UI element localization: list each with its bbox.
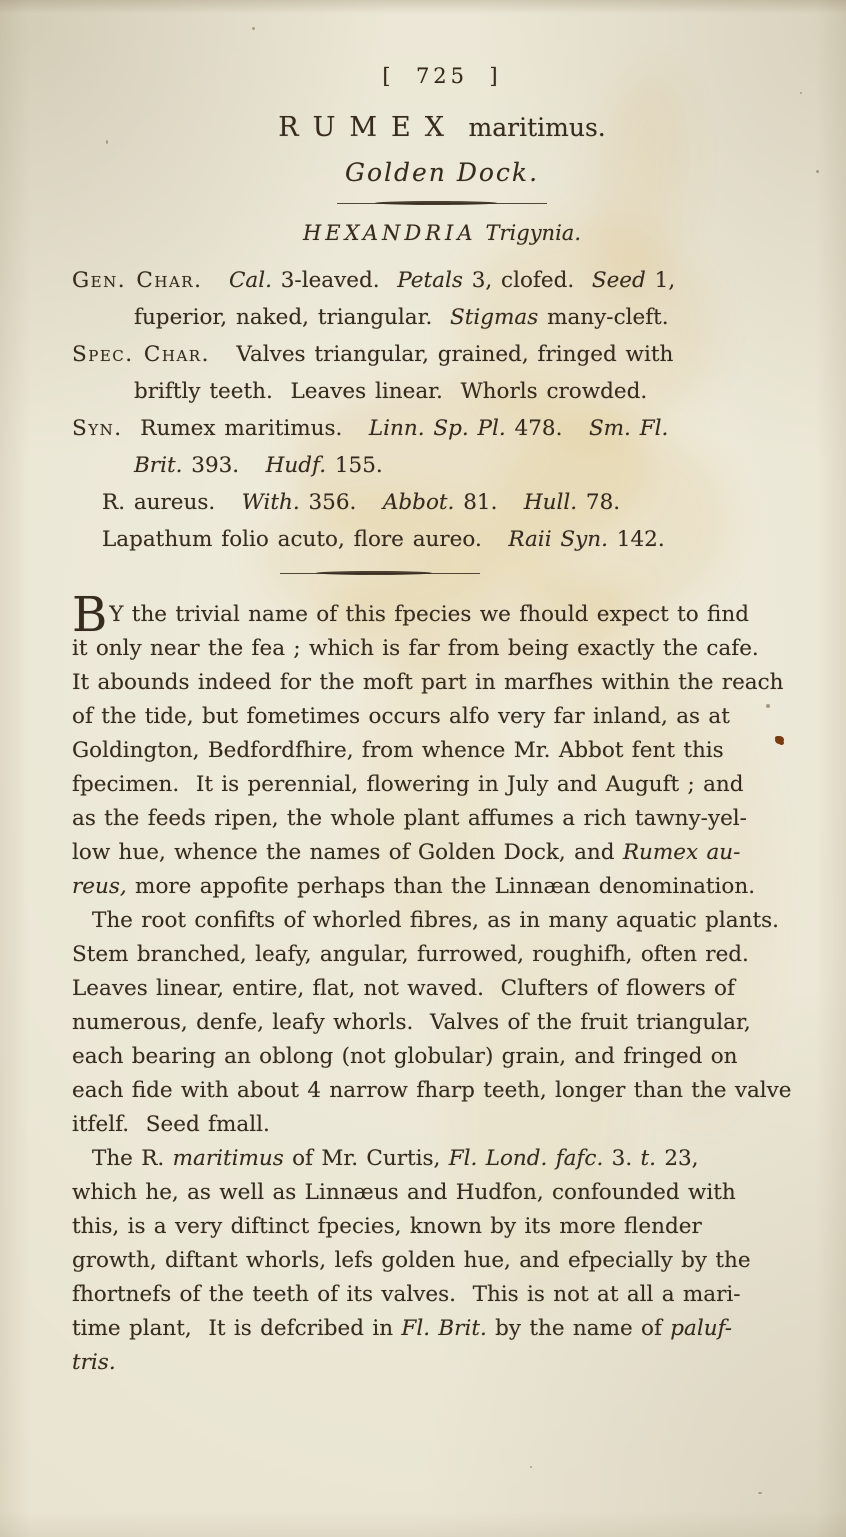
text-line: Goldington, Bedfordfhire, from whence Mr…	[72, 734, 812, 768]
text-run: Hudf.	[266, 453, 326, 478]
common-name: Golden Dock.	[72, 158, 812, 187]
text-line: fhortnefs of the teeth of its valves. Th…	[72, 1278, 812, 1312]
text-run: Stem branched, leafy, angular, furrowed,…	[72, 942, 749, 967]
text-run: reus,	[72, 874, 127, 899]
text-run: each bearing an oblong (not globular) gr…	[72, 1044, 738, 1069]
characters-block: Gen. Char. Cal. 3-leaved. Petals 3, clof…	[72, 262, 812, 558]
text-run: Fl. Brit.	[401, 1316, 486, 1341]
text-run: Syn.	[72, 416, 123, 441]
text-run: Spec. Char.	[72, 342, 210, 367]
text-line: fuperior, naked, triangular. Stigmas man…	[72, 299, 812, 336]
text-run: fpecimen. It is perennial, flowering in …	[72, 772, 744, 797]
text-run: it only near the fea ; which is far from…	[72, 636, 759, 661]
page-content: [ 725 ] RUMEX maritimus. Golden Dock. HE…	[72, 64, 812, 1380]
text-run: 3, clofed.	[463, 268, 592, 293]
text-line: briftly teeth. Leaves linear. Whorls cro…	[72, 373, 812, 410]
text-run: paluf-	[670, 1316, 732, 1341]
text-run: growth, diftant whorls, lefs golden hue,…	[72, 1248, 751, 1273]
text-line: reus, more appofite perhaps than the Lin…	[72, 870, 812, 904]
text-line: Spec. Char. Valves triangular, grained, …	[72, 336, 812, 373]
text-run: The R.	[92, 1146, 173, 1171]
text-run: 478.	[506, 416, 589, 441]
text-run: Linn. Sp. Pl.	[369, 416, 506, 441]
text-line: itfelf. Seed fmall.	[72, 1108, 812, 1142]
text-line: Leaves linear, entire, flat, not waved. …	[72, 972, 812, 1006]
text-run: Hull.	[524, 490, 577, 515]
text-run: Brit.	[134, 453, 182, 478]
text-run: Gen. Char.	[72, 268, 202, 293]
linnaean-class: HEXANDRIA	[303, 221, 477, 245]
text-run: Lapathum folio acuto, flore aureo.	[102, 527, 508, 552]
text-line: Brit. 393. Hudf. 155.	[72, 447, 812, 484]
text-run: fuperior, naked, triangular.	[134, 305, 450, 330]
text-run: 3.	[603, 1146, 640, 1171]
linnaean-order: Trigynia.	[485, 221, 581, 245]
text-run: Rumex au-	[623, 840, 741, 865]
text-line: which he, as well as Linnæus and Hudfon,…	[72, 1176, 812, 1210]
book-page: [ 725 ] RUMEX maritimus. Golden Dock. HE…	[0, 0, 846, 1537]
text-run: of Mr. Curtis,	[284, 1146, 449, 1171]
text-line: Gen. Char. Cal. 3-leaved. Petals 3, clof…	[72, 262, 812, 299]
text-line: each bearing an oblong (not globular) gr…	[72, 1040, 812, 1074]
text-run: 142.	[608, 527, 665, 552]
text-run: fhortnefs of the teeth of its valves. Th…	[72, 1282, 741, 1307]
text-run: low hue, whence the names of Golden Dock…	[72, 840, 623, 865]
paragraph: The root confifts of whorled fibres, as …	[72, 904, 812, 1142]
divider	[280, 570, 480, 576]
text-run: 155.	[326, 453, 383, 478]
text-run: briftly teeth. Leaves linear. Whorls cro…	[134, 379, 647, 404]
text-run: With.	[242, 490, 300, 515]
text-run: itfelf. Seed fmall.	[72, 1112, 270, 1137]
divider	[337, 200, 547, 206]
text-run: of the tide, but fometimes occurs alfo v…	[72, 704, 730, 729]
text-run: Cal.	[229, 268, 272, 293]
text-run: this, is a very diftinct fpecies, known …	[72, 1214, 702, 1239]
text-run: Leaves linear, entire, flat, not waved. …	[72, 976, 735, 1001]
text-run: 3-leaved.	[272, 268, 397, 293]
text-run: It abounds indeed for the moft part in m…	[72, 670, 784, 695]
text-run: maritimus	[173, 1146, 284, 1171]
text-run: 356.	[300, 490, 383, 515]
text-run: t.	[641, 1146, 656, 1171]
text-run: by the name of	[487, 1316, 670, 1341]
text-line: each fide with about 4 narrow fharp teet…	[72, 1074, 812, 1108]
text-line: time plant, It is defcribed in Fl. Brit.…	[72, 1312, 812, 1346]
text-line: numerous, denfe, leafy whorls. Valves of…	[72, 1006, 812, 1040]
text-run: Stigmas	[450, 305, 538, 330]
text-run: which he, as well as Linnæus and Hudfon,…	[72, 1180, 736, 1205]
text-run: Petals	[397, 268, 463, 293]
text-line: Syn. Rumex maritimus. Linn. Sp. Pl. 478.…	[72, 410, 812, 447]
text-line: this, is a very diftinct fpecies, known …	[72, 1210, 812, 1244]
text-line: R. aureus. With. 356. Abbot. 81. Hull. 7…	[72, 484, 812, 521]
text-run: R. aureus.	[102, 490, 242, 515]
text-line: fpecimen. It is perennial, flowering in …	[72, 768, 812, 802]
text-run: Fl. Lond. fafc.	[449, 1146, 604, 1171]
text-run: more appofite perhaps than the Linnæan d…	[127, 874, 755, 899]
text-run: Raii Syn.	[508, 527, 608, 552]
text-run: numerous, denfe, leafy whorls. Valves of…	[72, 1010, 751, 1035]
paper-speck	[252, 27, 255, 30]
page-number: [ 725 ]	[72, 64, 812, 88]
text-line: Stem branched, leafy, angular, furrowed,…	[72, 938, 812, 972]
text-run: 78.	[577, 490, 620, 515]
text-run: Seed	[592, 268, 646, 293]
text-line: as the feeds ripen, the whole plant affu…	[72, 802, 812, 836]
text-line: low hue, whence the names of Golden Dock…	[72, 836, 812, 870]
text-line: The root confifts of whorled fibres, as …	[72, 904, 812, 938]
paragraph: The R. maritimus of Mr. Curtis, Fl. Lond…	[72, 1142, 812, 1380]
text-run: as the feeds ripen, the whole plant affu…	[72, 806, 747, 831]
description-block: BY the trivial name of this fpecies we f…	[72, 598, 812, 1380]
text-line: growth, diftant whorls, lefs golden hue,…	[72, 1244, 812, 1278]
paper-speck	[758, 1492, 762, 1494]
text-run: Sm. Fl.	[589, 416, 668, 441]
text-run: Goldington, Bedfordfhire, from whence Mr…	[72, 738, 724, 763]
paragraph: BY the trivial name of this fpecies we f…	[72, 598, 812, 904]
text-run: each fide with about 4 narrow fharp teet…	[72, 1078, 792, 1103]
text-run: time plant, It is defcribed in	[72, 1316, 401, 1341]
text-line: The R. maritimus of Mr. Curtis, Fl. Lond…	[72, 1142, 812, 1176]
text-run: Valves triangular, grained, fringed with	[210, 342, 673, 367]
text-line: Lapathum folio acuto, flore aureo. Raii …	[72, 521, 812, 558]
text-run: 393.	[182, 453, 265, 478]
text-line: It abounds indeed for the moft part in m…	[72, 666, 812, 700]
text-run: 1,	[646, 268, 675, 293]
text-line: tris.	[72, 1346, 812, 1380]
text-run: The root confifts of whorled fibres, as …	[92, 908, 779, 933]
text-run: 81.	[454, 490, 524, 515]
species-epithet: maritimus.	[469, 113, 606, 142]
text-run: tris.	[72, 1350, 116, 1375]
text-run: 23,	[656, 1146, 699, 1171]
species-title: RUMEX maritimus.	[72, 112, 812, 143]
text-line: of the tide, but fometimes occurs alfo v…	[72, 700, 812, 734]
text-run: Abbot.	[383, 490, 454, 515]
text-line: BY the trivial name of this fpecies we f…	[72, 598, 812, 632]
paper-speck	[530, 1466, 532, 1468]
text-run: Y the trivial name of this fpecies we fh…	[109, 602, 749, 627]
text-run	[202, 268, 229, 293]
text-run: Rumex maritimus.	[123, 416, 369, 441]
text-line: it only near the fea ; which is far from…	[72, 632, 812, 666]
paper-speck	[816, 170, 819, 173]
genus-name: RUMEX	[278, 112, 458, 143]
classification: HEXANDRIATrigynia.	[72, 221, 812, 245]
text-run: many-cleft.	[538, 305, 668, 330]
